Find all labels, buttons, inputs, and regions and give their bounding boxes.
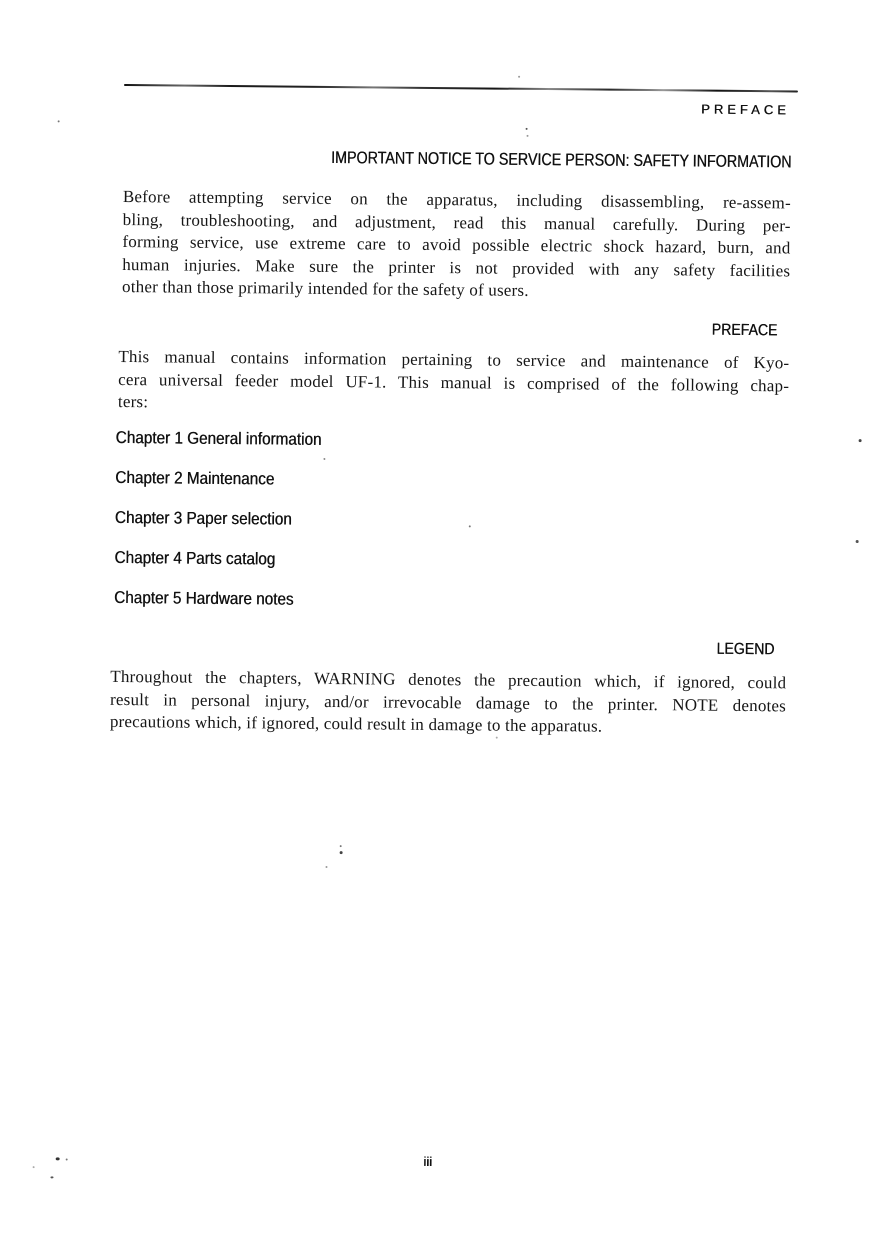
preface-heading: PREFACE xyxy=(712,323,778,340)
scan-speck xyxy=(33,1166,35,1168)
scan-speck xyxy=(469,525,471,527)
page-number: iii xyxy=(0,1151,866,1172)
preface-paragraph: This manual contains information pertain… xyxy=(118,346,790,420)
scan-speck xyxy=(856,540,859,543)
scanned-manual-page: { "colors":{"ink":"#161616","paper":"#ff… xyxy=(0,0,876,1251)
legend-heading-row: LEGEND xyxy=(115,636,775,658)
legend-paragraph: Throughout the chapters, WARNING denotes… xyxy=(110,666,787,740)
chapter-5-label: Chapter 5 Hardware notes xyxy=(114,588,294,610)
chapter-list-item: Chapter 2 Maintenance xyxy=(115,468,344,490)
scan-speck xyxy=(340,845,342,847)
chapter-2-label: Chapter 2 Maintenance xyxy=(115,468,274,490)
chapter-list-item: Chapter 5 Hardware notes xyxy=(114,588,343,610)
chapter-list-item: Chapter 1 General information xyxy=(116,428,345,450)
scan-speck xyxy=(859,439,862,442)
chapter-list-item: Chapter 4 Parts catalog xyxy=(114,548,343,570)
running-header-preface: PREFACE xyxy=(124,97,790,116)
scan-speck xyxy=(323,458,325,460)
scan-speck xyxy=(527,135,529,137)
scan-speck xyxy=(518,76,520,78)
header-rule xyxy=(124,84,798,92)
chapter-4-label: Chapter 4 Parts catalog xyxy=(114,548,275,570)
scan-speck xyxy=(340,851,343,854)
scan-speck xyxy=(66,1158,68,1160)
scan-speck xyxy=(325,866,327,868)
chapter-1-label: Chapter 1 General information xyxy=(116,428,322,450)
chapter-3-label: Chapter 3 Paper selection xyxy=(115,508,292,530)
notice-title: IMPORTANT NOTICE TO SERVICE PERSON: SAFE… xyxy=(331,149,792,170)
preface-heading-row: PREFACE xyxy=(118,317,778,339)
scan-speck xyxy=(58,120,60,122)
scan-speck xyxy=(496,737,498,739)
chapter-list-item: Chapter 3 Paper selection xyxy=(115,508,344,530)
page-content: PREFACE IMPORTANT NOTICE TO SERVICE PERS… xyxy=(0,0,876,1251)
scan-speck xyxy=(526,128,528,130)
notice-title-row: IMPORTANT NOTICE TO SERVICE PERSON: SAFE… xyxy=(123,147,791,170)
scan-speck xyxy=(56,1157,60,1160)
legend-heading: LEGEND xyxy=(717,642,775,659)
chapter-list: Chapter 1 General information Chapter 2 … xyxy=(114,428,345,630)
scan-speck xyxy=(50,1176,53,1178)
notice-paragraph: Before attempting service on the apparat… xyxy=(122,186,791,305)
